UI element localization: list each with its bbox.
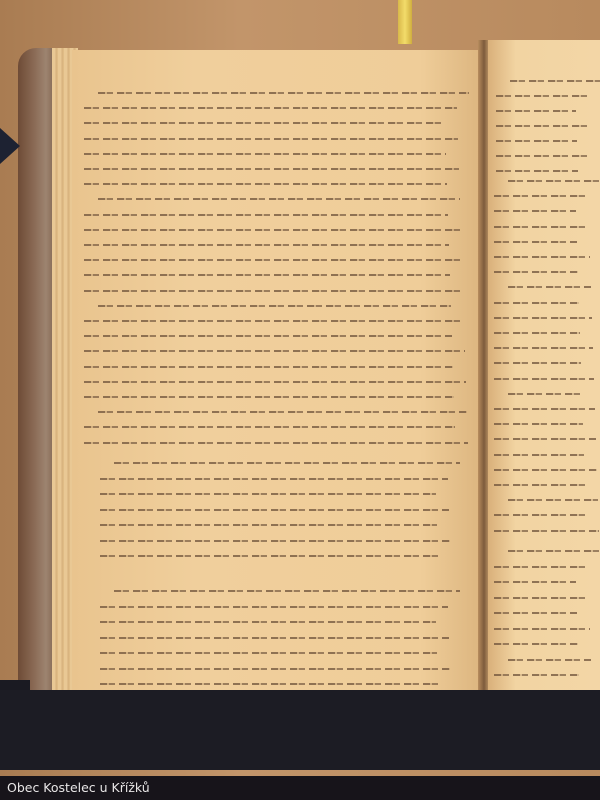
handwriting-line — [494, 566, 588, 568]
handwriting-line — [100, 540, 450, 542]
handwriting-line — [494, 271, 578, 273]
handwriting-line — [494, 454, 584, 456]
handwriting-line — [84, 138, 458, 140]
left-page — [72, 50, 482, 738]
handwriting-line — [100, 555, 438, 557]
handwriting-line — [508, 180, 600, 182]
handwriting-line — [100, 524, 437, 526]
handwriting-line — [100, 668, 450, 670]
handwriting-line — [100, 509, 449, 511]
handwriting-line — [114, 590, 460, 592]
handwriting-line — [84, 107, 457, 109]
handwriting-line — [84, 214, 448, 216]
handwriting-line — [508, 659, 591, 661]
handwriting-line — [100, 621, 436, 623]
handwriting-line — [494, 378, 594, 380]
handwriting-line — [114, 462, 460, 464]
handwriting-line — [100, 493, 436, 495]
handwriting-line — [494, 581, 576, 583]
handwriting-line — [84, 350, 465, 352]
right-page — [488, 40, 600, 740]
handwriting-line — [84, 168, 459, 170]
dark-corner-marker — [0, 128, 20, 164]
handwriting-line — [494, 514, 586, 516]
handwriting-line — [100, 478, 448, 480]
handwriting-line — [98, 198, 460, 200]
handwriting-line — [84, 183, 447, 185]
handwriting-line — [494, 530, 599, 532]
caption-text: Obec Kostelec u Křížků — [7, 780, 150, 795]
handwriting-line — [494, 469, 597, 471]
handwriting-line — [100, 637, 449, 639]
handwriting-line — [494, 195, 588, 197]
handwriting-line — [496, 95, 588, 97]
handwriting-line — [494, 674, 579, 676]
handwriting-line — [494, 317, 592, 319]
handwriting-line — [494, 332, 580, 334]
handwriting-line — [496, 170, 578, 172]
handwriting-line — [84, 153, 446, 155]
handwriting-line — [494, 210, 576, 212]
handwriting-line — [496, 155, 590, 157]
handwriting-line — [508, 393, 582, 395]
handwriting-line — [494, 256, 590, 258]
handwriting-line — [494, 362, 581, 364]
handwriting-line — [84, 320, 464, 322]
handwriting-line — [84, 426, 455, 428]
handwriting-line — [84, 335, 452, 337]
handwriting-line — [494, 484, 585, 486]
handwriting-line — [508, 499, 598, 501]
handwriting-line — [98, 411, 467, 413]
caption-bar: Obec Kostelec u Křížků — [0, 776, 600, 800]
handwriting-line — [496, 125, 589, 127]
handwriting-line — [84, 381, 466, 383]
handwriting-line — [494, 643, 578, 645]
handwriting-line — [494, 628, 590, 630]
handwriting-line — [508, 550, 600, 552]
handwriting-line — [100, 683, 438, 685]
bookmark-ribbon — [398, 0, 412, 44]
handwriting-line — [100, 652, 437, 654]
handwriting-line — [84, 274, 450, 276]
dark-cloth-bottom — [0, 690, 600, 770]
handwriting-line — [84, 229, 461, 231]
handwriting-line — [494, 612, 577, 614]
handwriting-line — [494, 226, 589, 228]
handwriting-line — [494, 423, 583, 425]
handwriting-line — [84, 290, 463, 292]
handwriting-line — [494, 408, 595, 410]
handwriting-line — [84, 122, 445, 124]
handwriting-line — [100, 606, 448, 608]
handwriting-line — [84, 259, 462, 261]
handwriting-line — [84, 244, 449, 246]
handwriting-line — [84, 396, 454, 398]
handwriting-line — [494, 347, 593, 349]
handwriting-line — [98, 305, 451, 307]
handwriting-line — [494, 438, 596, 440]
handwriting-line — [98, 92, 469, 94]
handwriting-line — [494, 241, 577, 243]
handwriting-line — [496, 110, 576, 112]
handwriting-line — [494, 302, 579, 304]
handwriting-line — [496, 140, 577, 142]
handwriting-line — [510, 80, 600, 82]
handwriting-line — [494, 597, 589, 599]
handwriting-line — [508, 286, 591, 288]
handwriting-line — [84, 442, 468, 444]
handwriting-line — [84, 366, 453, 368]
